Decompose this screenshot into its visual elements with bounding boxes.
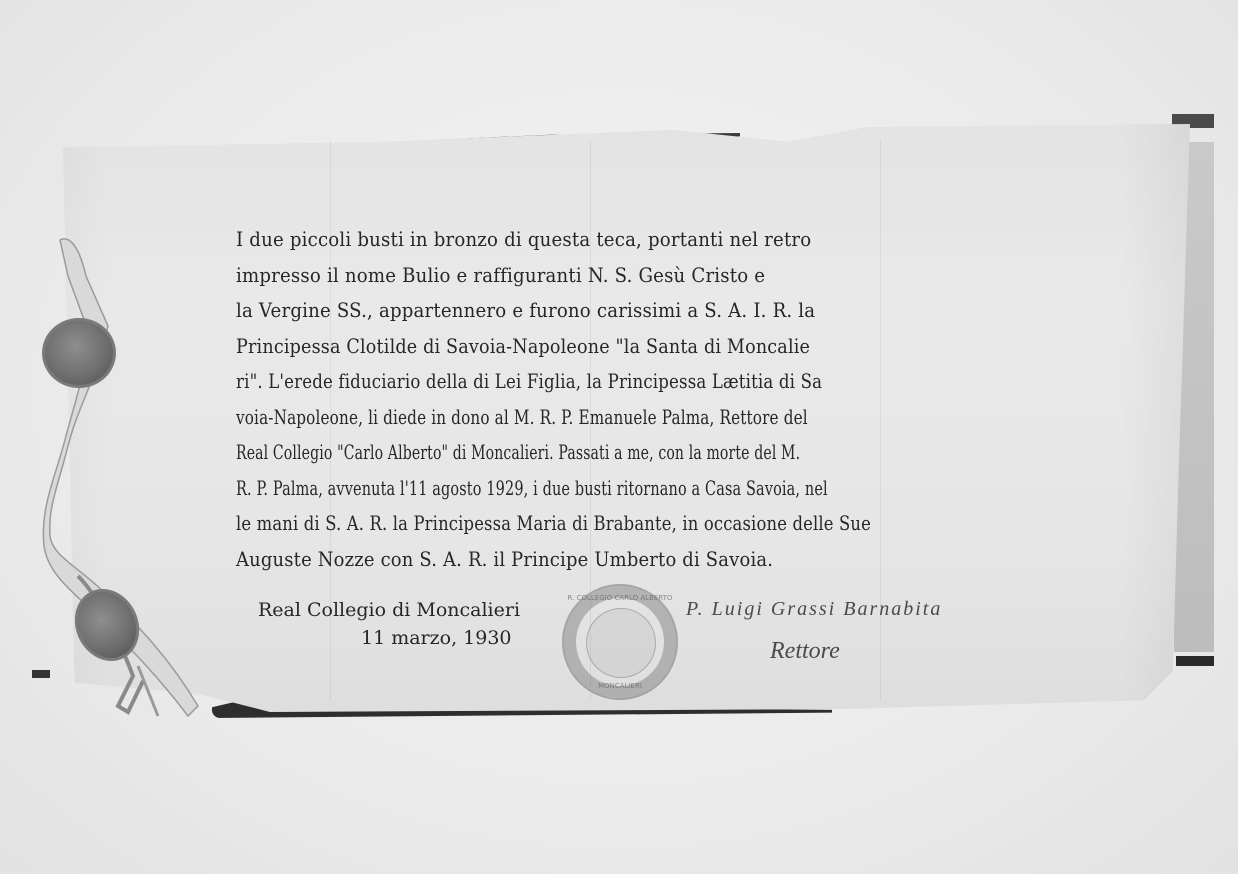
closing-date: 11 marzo, 1930 [258, 624, 520, 652]
body-line: le mani di S. A. R. la Principessa Maria… [236, 506, 874, 542]
body-line: Principessa Clotilde di Savoia-Napoleone… [236, 329, 920, 365]
body-line: R. P. Palma, avvenuta l'11 agosto 1929, … [236, 471, 798, 507]
closing-place: Real Collegio di Moncalieri [258, 596, 520, 624]
body-line: Real Collegio "Carlo Alberto" di Moncali… [236, 435, 783, 471]
certificate-body: I due piccoli busti in bronzo di questa … [236, 222, 996, 577]
body-line: impresso il nome Bulio e raffiguranti N.… [236, 258, 943, 294]
stamp-text-bottom: MONCALIERI [564, 682, 676, 690]
backing-board-right-bottom [1176, 656, 1214, 666]
stamp-text-top: R. COLLEGIO CARLO ALBERTO [564, 594, 676, 602]
body-line: voia-Napoleone, li diede in dono al M. R… [236, 400, 829, 436]
signature-block: P. Luigi Grassi Barnabita Rettore [686, 588, 942, 672]
wax-seal-top [42, 318, 116, 388]
body-line: ri". L'erede fiduciario della di Lei Fig… [236, 364, 882, 400]
stamp-emblem [586, 608, 656, 678]
signature-title: Rettore [686, 630, 942, 672]
body-line: I due piccoli busti in bronzo di questa … [236, 222, 943, 258]
body-line: Auguste Nozze con S. A. R. il Principe U… [236, 542, 935, 578]
closing-block: Real Collegio di Moncalieri 11 marzo, 19… [258, 596, 520, 652]
signature-name: P. Luigi Grassi Barnabita [686, 588, 942, 630]
college-stamp-icon: R. COLLEGIO CARLO ALBERTO MONCALIERI [562, 584, 678, 700]
body-line: la Vergine SS., appartennero e furono ca… [236, 293, 943, 329]
